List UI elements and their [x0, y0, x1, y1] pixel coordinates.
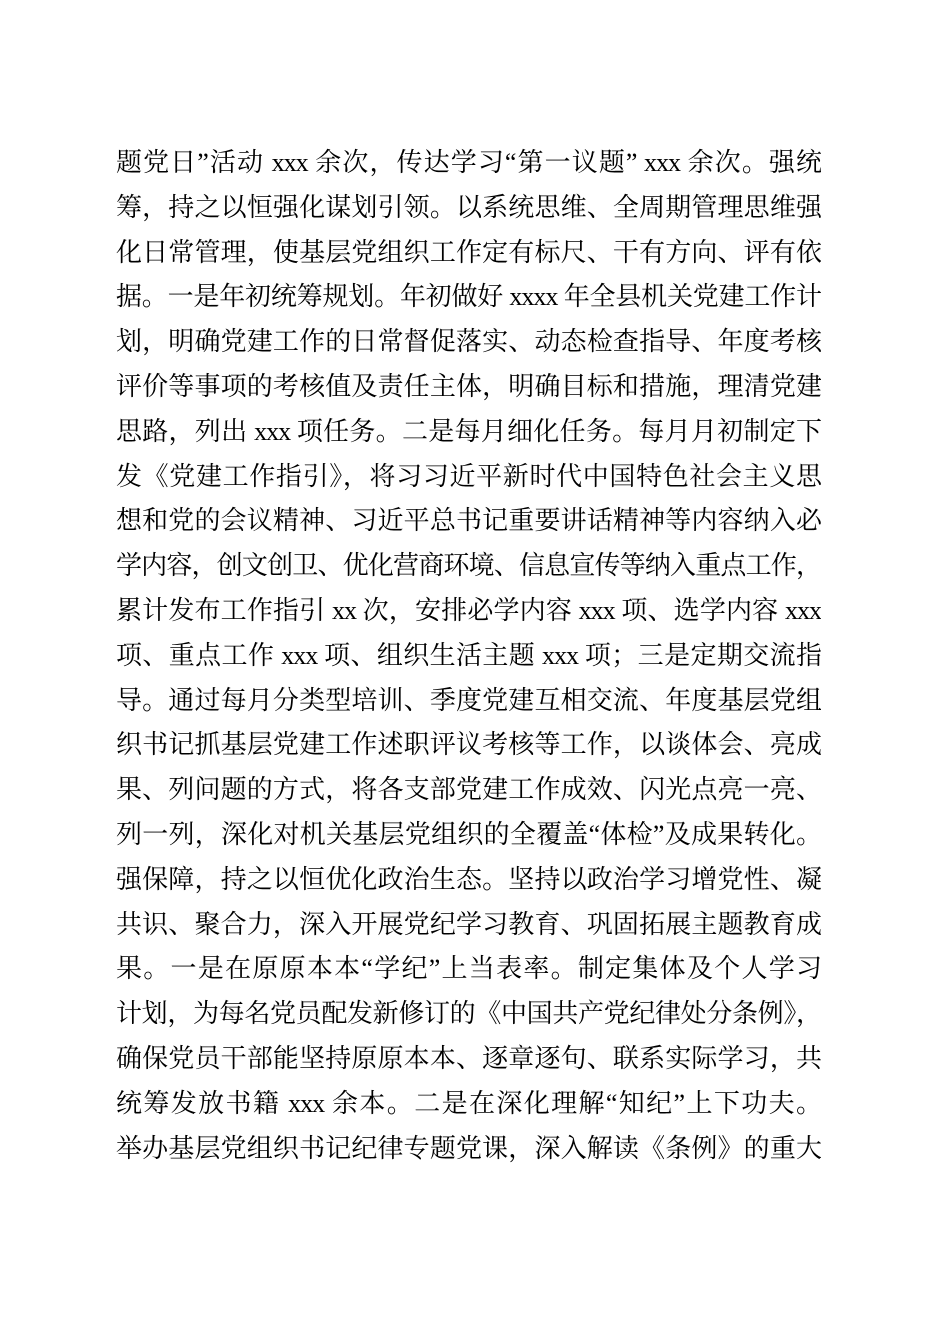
document-body-text: 题党日”活动 xxx 余次，传达学习“第一议题” xxx 余次。强统筹，持之以恒…	[116, 141, 821, 1171]
text-line: 学内容，创文创卫、优化营商环境、信息宣传等纳入重点工作，	[116, 544, 821, 589]
text-line: 举办基层党组织书记纪律专题党课，深入解读《条例》的重大	[116, 1127, 821, 1172]
text-line: 强保障，持之以恒优化政治生态。坚持以政治学习增党性、凝	[116, 858, 821, 903]
document-page: 题党日”活动 xxx 余次，传达学习“第一议题” xxx 余次。强统筹，持之以恒…	[0, 0, 950, 1344]
text-line: 统筹发放书籍 xxx 余本。二是在深化理解“知纪”上下功夫。	[116, 1082, 821, 1127]
text-line: 共识、聚合力，深入开展党纪学习教育、巩固拓展主题教育成	[116, 903, 821, 948]
text-line: 评价等事项的考核值及责任主体，明确目标和措施，理清党建	[116, 365, 821, 410]
text-line: 导。通过每月分类型培训、季度党建互相交流、年度基层党组	[116, 679, 821, 724]
text-line: 确保党员干部能坚持原原本本、逐章逐句、联系实际学习，共	[116, 1037, 821, 1082]
text-line: 发《党建工作指引》，将习习近平新时代中国特色社会主义思	[116, 455, 821, 500]
text-line: 筹，持之以恒强化谋划引领。以系统思维、全周期管理思维强	[116, 186, 821, 231]
text-line: 化日常管理，使基层党组织工作定有标尺、干有方向、评有依	[116, 231, 821, 276]
text-line: 据。一是年初统筹规划。年初做好 xxxx 年全县机关党建工作计	[116, 275, 821, 320]
text-line: 列一列，深化对机关基层党组织的全覆盖“体检”及成果转化。	[116, 813, 821, 858]
text-line: 累计发布工作指引 xx 次，安排必学内容 xxx 项、选学内容 xxx	[116, 589, 821, 634]
text-line: 计划，为每名党员配发新修订的《中国共产党纪律处分条例》，	[116, 992, 821, 1037]
text-line: 织书记抓基层党建工作述职评议考核等工作，以谈体会、亮成	[116, 723, 821, 768]
text-line: 想和党的会议精神、习近平总书记重要讲话精神等内容纳入必	[116, 499, 821, 544]
text-line: 思路，列出 xxx 项任务。二是每月细化任务。每月月初制定下	[116, 410, 821, 455]
text-line: 题党日”活动 xxx 余次，传达学习“第一议题” xxx 余次。强统	[116, 141, 821, 186]
text-line: 果、列问题的方式，将各支部党建工作成效、闪光点亮一亮、	[116, 768, 821, 813]
text-line: 果。一是在原原本本“学纪”上当表率。制定集体及个人学习	[116, 947, 821, 992]
text-line: 划，明确党建工作的日常督促落实、动态检查指导、年度考核	[116, 320, 821, 365]
text-line: 项、重点工作 xxx 项、组织生活主题 xxx 项；三是定期交流指	[116, 634, 821, 679]
